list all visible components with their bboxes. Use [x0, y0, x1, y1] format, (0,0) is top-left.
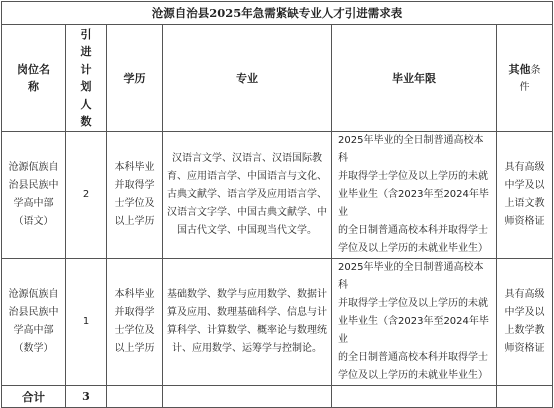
cell-graduation: 2025年毕业的全日制普通高校本科 并取得学士学位及以上学历的未就 业毕业生（含… [332, 259, 497, 340]
table-row: 沧源佤族自 治县民族中 学高中部 （语文） 2 本科毕业 并取得学 士学位及 以… [2, 132, 553, 259]
cell-position: 沧源佤族自 治县民族中 学高中部 （数学） [2, 259, 66, 340]
text-line: 并取得学 [107, 177, 162, 195]
text-line: 汉语言文字学、中国古典文献学、中 [167, 204, 327, 222]
text-line: 学位及以上学历的未就业毕业生） [338, 240, 490, 258]
header-plan-char: 人 [66, 96, 106, 114]
header-education: 学历 [107, 25, 163, 132]
cell-count: 1 [66, 259, 107, 340]
text-line: 治县民族中 [2, 177, 65, 195]
text-line: 中学及以 [497, 177, 552, 195]
text-line: 算科学、计算数学、概率论与数理统 [167, 322, 327, 339]
text-line: 育、应用语言学、中国语言与文化、 [167, 168, 327, 186]
text-line: 2025年毕业的全日制普通高校本科 [338, 259, 490, 295]
header-major: 专业 [163, 25, 332, 132]
header-plan-char: 划 [66, 78, 106, 96]
cell-graduation: 2025年毕业的全日制普通高校本科 并取得学士学位及以上学历的未就 业毕业生（含… [332, 132, 497, 259]
text-line: 汉语言文学、汉语言、汉语国际教 [167, 150, 327, 168]
text-line: 上数学教 [497, 322, 552, 339]
header-graduation: 毕业年限 [332, 25, 497, 132]
text-line: 治县民族中 [2, 304, 65, 322]
text-line: 本科毕业 [107, 159, 162, 177]
header-other-text: 件 [497, 79, 552, 96]
cell-major: 汉语言文学、汉语言、汉语国际教 育、应用语言学、中国语言与文化、 古典文献学、语… [163, 132, 332, 259]
text-line: 具有高级 [497, 286, 552, 304]
text-line: 士学位及 [107, 322, 162, 339]
cell-education: 本科毕业 并取得学 士学位及 以上学历 [107, 132, 163, 259]
cell-position: 沧源佤族自 治县民族中 学高中部 （语文） [2, 132, 66, 259]
header-position-line: 岗位名 [2, 61, 65, 78]
header-plan-char: 引 [66, 26, 106, 44]
cell-count: 2 [66, 132, 107, 259]
cell-other: 具有高级 中学及以 上数学教 师资格证 [497, 259, 553, 340]
text-line: 并取得学士学位及以上学历的未就 [338, 168, 490, 186]
text-line: 本科毕业 [107, 286, 162, 304]
cell-other: 具有高级 中学及以 上语文教 师资格证 [497, 132, 553, 259]
text-line: 以上学历 [107, 213, 162, 231]
text-line: 具有高级 [497, 159, 552, 177]
text-line: 的全日制普通高校本科并取得学士 [338, 222, 490, 240]
talent-demand-table: 沧源自治县2025年急需紧缺专业人才引进需求表 岗位名 称 引 进 计 划 人 … [1, 1, 553, 339]
text-line: 算及应用、数理基础科学、信息与计 [167, 304, 327, 322]
text-line: 师资格证 [497, 213, 552, 231]
header-other-text: 其他 [509, 63, 531, 76]
table-row: 沧源佤族自 治县民族中 学高中部 （数学） 1 本科毕业 并取得学 士学位及 以… [2, 259, 553, 340]
header-plan-count: 引 进 计 划 人 数 [66, 25, 107, 132]
text-line: 士学位及 [107, 195, 162, 213]
header-plan-char: 数 [66, 113, 106, 131]
text-line: 基础数学、数学与应用数学、数据计 [167, 286, 327, 304]
cell-education: 本科毕业 并取得学 士学位及 以上学历 [107, 259, 163, 340]
text-line: 中学及以 [497, 304, 552, 322]
text-line: 沧源佤族自 [2, 286, 65, 304]
text-line: 国古代文学、中国现当代文学。 [167, 222, 327, 240]
header-plan-char: 计 [66, 61, 106, 79]
text-line: 业毕业生（含2023年至2024年毕业 [338, 186, 490, 222]
text-line: 学高中部 [2, 195, 65, 213]
header-plan-char: 进 [66, 43, 106, 61]
text-line: （语文） [2, 213, 65, 231]
header-position: 岗位名 称 [2, 25, 66, 132]
text-line: 并取得学士学位及以上学历的未就 [338, 295, 490, 313]
text-line: 古典文献学、语言学及应用语言学、 [167, 186, 327, 204]
text-line: 并取得学 [107, 304, 162, 322]
text-line: 沧源佤族自 [2, 159, 65, 177]
text-line: 学高中部 [2, 322, 65, 339]
header-other: 其他条 件 [497, 25, 553, 132]
header-other-text: 条 [531, 65, 541, 76]
header-position-line: 称 [2, 78, 65, 95]
text-line: 业毕业生（含2023年至2024年毕业 [338, 313, 490, 339]
table-title: 沧源自治县2025年急需紧缺专业人才引进需求表 [2, 2, 553, 25]
header-row: 岗位名 称 引 进 计 划 人 数 学历 专业 毕业年限 其他条 件 [2, 25, 553, 132]
text-line: 2025年毕业的全日制普通高校本科 [338, 132, 490, 168]
text-line: 上语文教 [497, 195, 552, 213]
cell-major: 基础数学、数学与应用数学、数据计 算及应用、数理基础科学、信息与计 算科学、计算… [163, 259, 332, 340]
